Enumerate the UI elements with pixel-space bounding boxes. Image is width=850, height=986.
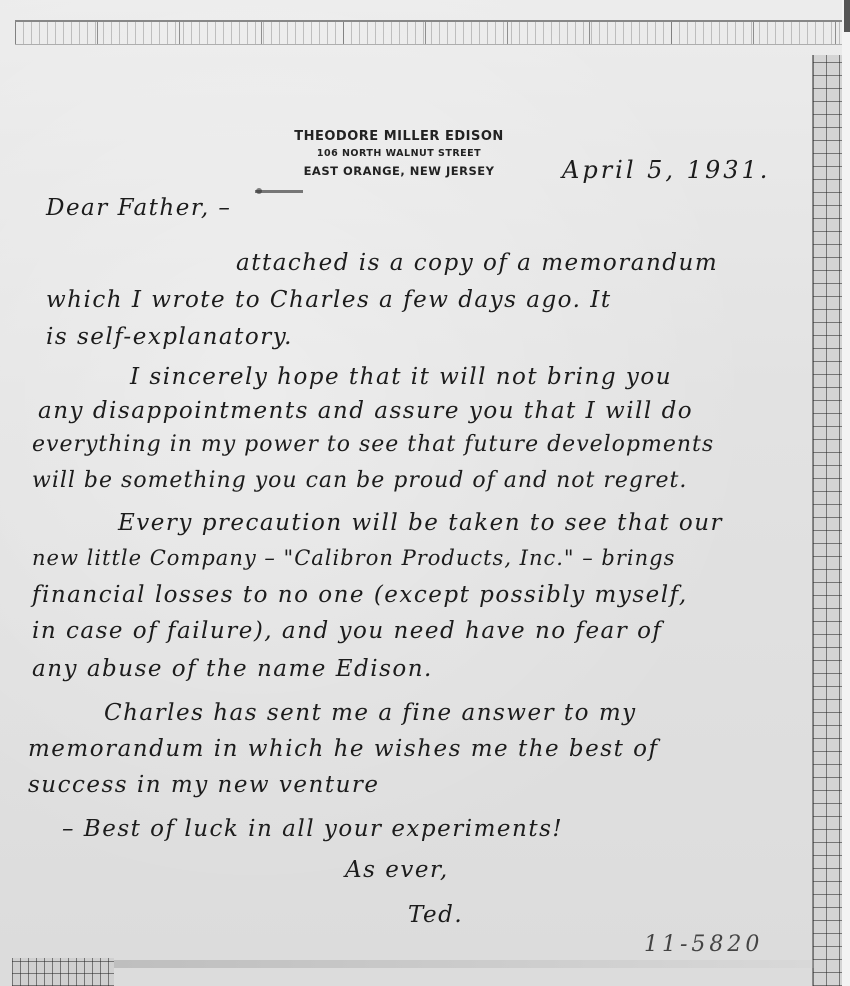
body-line: – Best of luck in all your experiments!	[62, 816, 563, 842]
body-line: which I wrote to Charles a few days ago.…	[46, 287, 612, 313]
body-line: Every precaution will be taken to see th…	[118, 510, 723, 536]
right-edge	[842, 0, 850, 986]
letter-page: THEODORE MILLER EDISON 106 NORTH WALNUT …	[0, 0, 850, 986]
body-line: Charles has sent me a fine answer to my	[104, 700, 637, 726]
body-line: new little Company – "Calibron Products,…	[32, 546, 675, 570]
body-line: any disappointments and assure you that …	[38, 398, 693, 424]
letterhead-rule	[255, 190, 303, 193]
body-line: any abuse of the name Edison.	[32, 656, 433, 682]
letterhead-city: EAST ORANGE, NEW JERSEY	[286, 162, 512, 180]
body-line: success in my new venture	[28, 772, 380, 798]
body-line: financial losses to no one (except possi…	[32, 582, 688, 608]
salutation: Dear Father, –	[46, 195, 231, 221]
document-number: 11-5820	[644, 932, 763, 957]
body-line: is self-explanatory.	[46, 324, 293, 350]
body-line: I sincerely hope that it will not bring …	[130, 364, 672, 390]
letterhead-name: THEODORE MILLER EDISON	[286, 128, 512, 146]
letterhead-street: 106 NORTH WALNUT STREET	[286, 146, 512, 162]
top-grid-ruler	[15, 20, 845, 45]
closing: As ever,	[345, 857, 449, 883]
letterhead-dot	[256, 188, 262, 194]
signature: Ted.	[408, 902, 463, 928]
body-line: memorandum in which he wishes me the bes…	[28, 736, 658, 762]
bottom-grid-strip	[12, 958, 114, 986]
letter-date: April 5, 1931.	[562, 156, 770, 184]
bottom-band	[114, 960, 814, 968]
body-line: will be something you can be proud of an…	[32, 468, 687, 493]
letterhead: THEODORE MILLER EDISON 106 NORTH WALNUT …	[286, 128, 512, 180]
body-line: in case of failure), and you need have n…	[32, 618, 662, 644]
right-edge-mark	[844, 0, 850, 32]
body-line: attached is a copy of a memorandum	[236, 250, 718, 276]
body-line: everything in my power to see that futur…	[32, 432, 714, 457]
right-grid-strip	[812, 55, 843, 986]
